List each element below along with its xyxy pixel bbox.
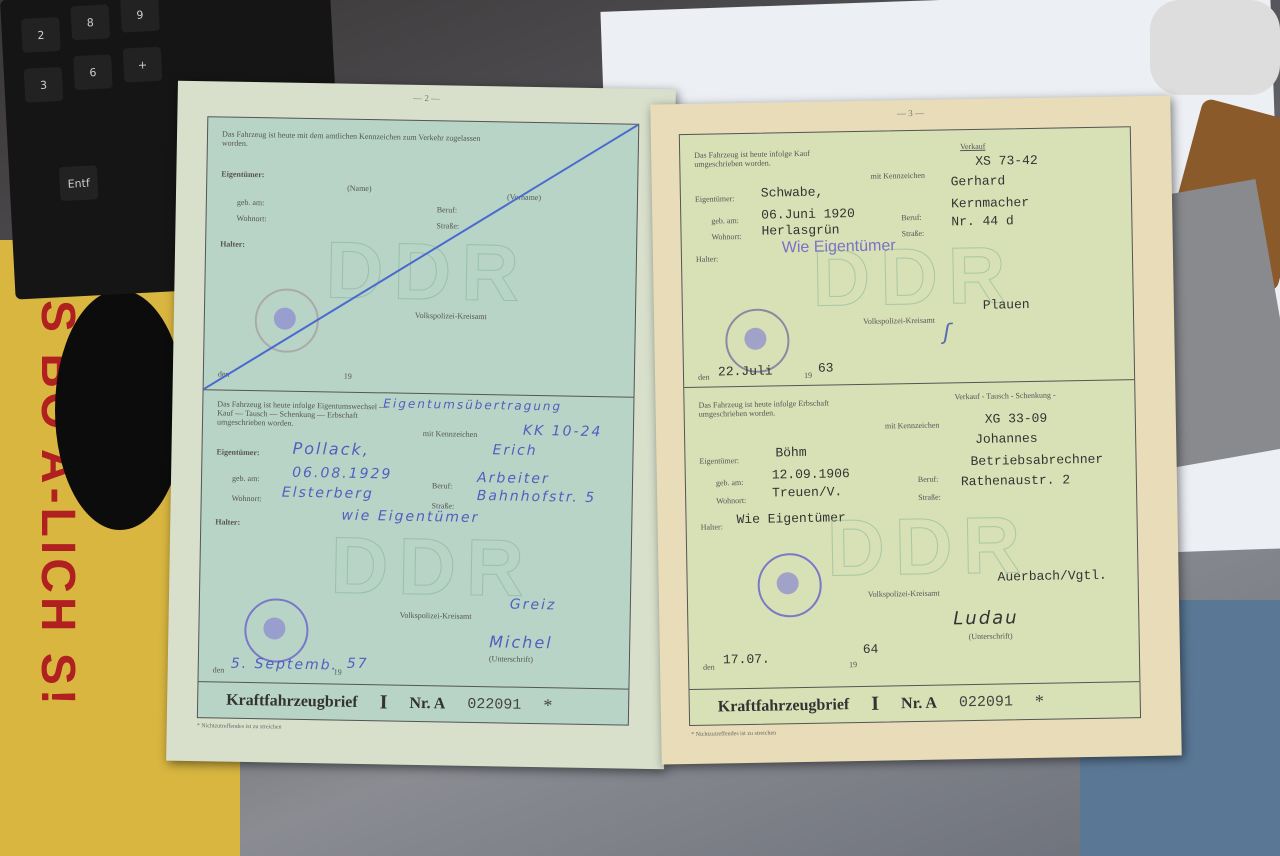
electric-shaver xyxy=(1150,0,1280,95)
holder-label: Halter: xyxy=(701,522,723,531)
job-label: Beruf: xyxy=(432,481,453,490)
signature: ʃ xyxy=(943,320,953,345)
document-number: 022091 xyxy=(959,693,1013,711)
police-label: Volkspolizei-Kreisamt xyxy=(400,611,472,621)
job-value: Betriebsabrechner xyxy=(970,452,1103,469)
asterisk: * xyxy=(543,695,552,716)
street-value: Bahnhofstr. 5 xyxy=(477,488,597,506)
date-value: 17.07. xyxy=(723,652,770,668)
nr-label: Nr. A xyxy=(901,694,937,713)
page-number: — 3 — xyxy=(650,104,1170,123)
booklet-right-page: — 3 — Das Fahrzeug ist heute infolge Kau… xyxy=(650,96,1181,765)
owner-name: Böhm xyxy=(775,445,806,461)
holder-label: Halter: xyxy=(215,517,240,526)
document-footer: Kraftfahrzeugbrief I Nr. A 022091 * xyxy=(198,681,629,724)
year-prefix: 19 xyxy=(804,371,812,380)
section-intro: Das Fahrzeug ist heute infolge Kauf umge… xyxy=(694,148,854,169)
key: + xyxy=(123,47,163,83)
footnote: * Nichtzutreffendes ist zu streichen xyxy=(197,723,282,730)
street-value: Nr. 44 d xyxy=(951,213,1014,229)
section-intro: Das Fahrzeug ist heute infolge Eigentums… xyxy=(217,399,397,429)
asterisk: * xyxy=(1035,691,1044,712)
registration-form-left: Das Fahrzeug ist heute mit dem amtlichen… xyxy=(197,116,639,725)
police-value: Greiz xyxy=(510,597,557,614)
year-value: 57 xyxy=(347,656,369,672)
transfer-type: Verkauf - Tausch - Schenkung - xyxy=(954,391,1055,402)
owner-firstname: Erich xyxy=(492,442,537,459)
born-label: geb. am: xyxy=(711,216,739,225)
owner-label: Eigentümer: xyxy=(695,194,735,204)
key: 3 xyxy=(24,67,64,103)
year-prefix: 19 xyxy=(334,668,342,677)
owner-name: Pollack, xyxy=(292,439,370,459)
signature: Michel xyxy=(489,632,553,652)
police-stamp xyxy=(244,598,309,663)
key: 8 xyxy=(70,4,110,40)
ddr-watermark: DDR xyxy=(330,519,535,615)
plate-value: KK 10-24 xyxy=(523,423,603,440)
plate-label: mit Kennzeichen xyxy=(870,171,925,181)
plate-value: XS 73-42 xyxy=(975,153,1038,169)
residence-value: Treuen/V. xyxy=(772,484,842,500)
owner-firstname: Gerhard xyxy=(951,173,1006,189)
document-title: Kraftfahrzeugbrief xyxy=(718,696,850,716)
police-value: Auerbach/Vgtl. xyxy=(997,568,1106,585)
nr-label: Nr. A xyxy=(409,694,445,713)
owner-name: Schwabe, xyxy=(761,185,824,201)
date-label: den xyxy=(213,665,225,674)
key: 6 xyxy=(73,54,113,90)
police-value: Plauen xyxy=(983,297,1030,313)
signature-label: (Unterschrift) xyxy=(969,631,1013,641)
plate-value: XG 33-09 xyxy=(985,411,1048,427)
document-footer: Kraftfahrzeugbrief I Nr. A 022091 * xyxy=(689,681,1140,725)
residence-label: Wohnort: xyxy=(712,232,742,242)
document-number: 022091 xyxy=(467,696,521,714)
form-section-upper: Das Fahrzeug ist heute infolge Kauf umge… xyxy=(680,127,1134,388)
plate-label: mit Kennzeichen xyxy=(885,421,940,431)
owner-label: Eigentümer: xyxy=(699,456,739,466)
residence-value: Elsterberg xyxy=(282,485,374,503)
booklet-left-page: — 2 — Das Fahrzeug ist heute mit dem amt… xyxy=(166,81,676,770)
job-label: Beruf: xyxy=(918,475,939,484)
date-label: den xyxy=(698,373,710,382)
born-label: geb. am: xyxy=(716,478,744,487)
date-value: 5. Septemb. xyxy=(231,656,339,674)
job-value: Kernmacher xyxy=(951,195,1029,211)
cancellation-line xyxy=(204,117,639,396)
holder-label: Halter: xyxy=(696,254,718,263)
born-label: geb. am: xyxy=(232,474,260,483)
transfer-type: Verkauf xyxy=(960,142,985,151)
born-value: 06.08.1929 xyxy=(292,465,392,483)
police-label: Volkspolizei-Kreisamt xyxy=(863,316,935,326)
year-value: 63 xyxy=(818,360,834,375)
residence-label: Wohnort: xyxy=(232,494,262,504)
born-value: 12.09.1906 xyxy=(772,466,850,482)
page-number: — 2 — xyxy=(178,89,676,108)
signature: Ludau xyxy=(953,607,1019,629)
key: Entf xyxy=(59,165,99,201)
document-title: Kraftfahrzeugbrief xyxy=(226,691,358,711)
key: 2 xyxy=(21,17,61,53)
computer-mouse xyxy=(55,290,185,530)
roman-numeral: I xyxy=(871,693,879,716)
registration-form-right: Das Fahrzeug ist heute infolge Kauf umge… xyxy=(679,126,1141,726)
date-label: den xyxy=(703,663,715,672)
owner-firstname: Johannes xyxy=(975,431,1038,447)
job-value: Arbeiter xyxy=(477,470,550,487)
handwritten-reason: Eigentumsübertragung xyxy=(383,396,562,413)
plate-label: mit Kennzeichen xyxy=(423,429,478,439)
roman-numeral: I xyxy=(379,691,387,714)
police-label: Volkspolizei-Kreisamt xyxy=(868,589,940,599)
street-value: Rathenaustr. 2 xyxy=(961,472,1070,489)
signature-label: (Unterschrift) xyxy=(489,654,533,664)
year-value: 64 xyxy=(863,642,879,657)
key: 9 xyxy=(120,0,160,33)
owner-label: Eigentümer: xyxy=(216,447,259,457)
residence-label: Wohnort: xyxy=(716,496,746,506)
year-prefix: 19 xyxy=(849,660,857,669)
section-intro: Das Fahrzeug ist heute infolge Erbschaft… xyxy=(698,398,858,419)
date-value: 22.Juli xyxy=(718,363,773,379)
police-stamp xyxy=(757,553,822,618)
footnote: * Nichtzutreffendes ist zu streichen xyxy=(691,730,776,737)
job-label: Beruf: xyxy=(901,213,922,222)
form-section-cancelled: Das Fahrzeug ist heute mit dem amtlichen… xyxy=(204,117,639,397)
born-value: 06.Juni 1920 xyxy=(761,206,855,223)
